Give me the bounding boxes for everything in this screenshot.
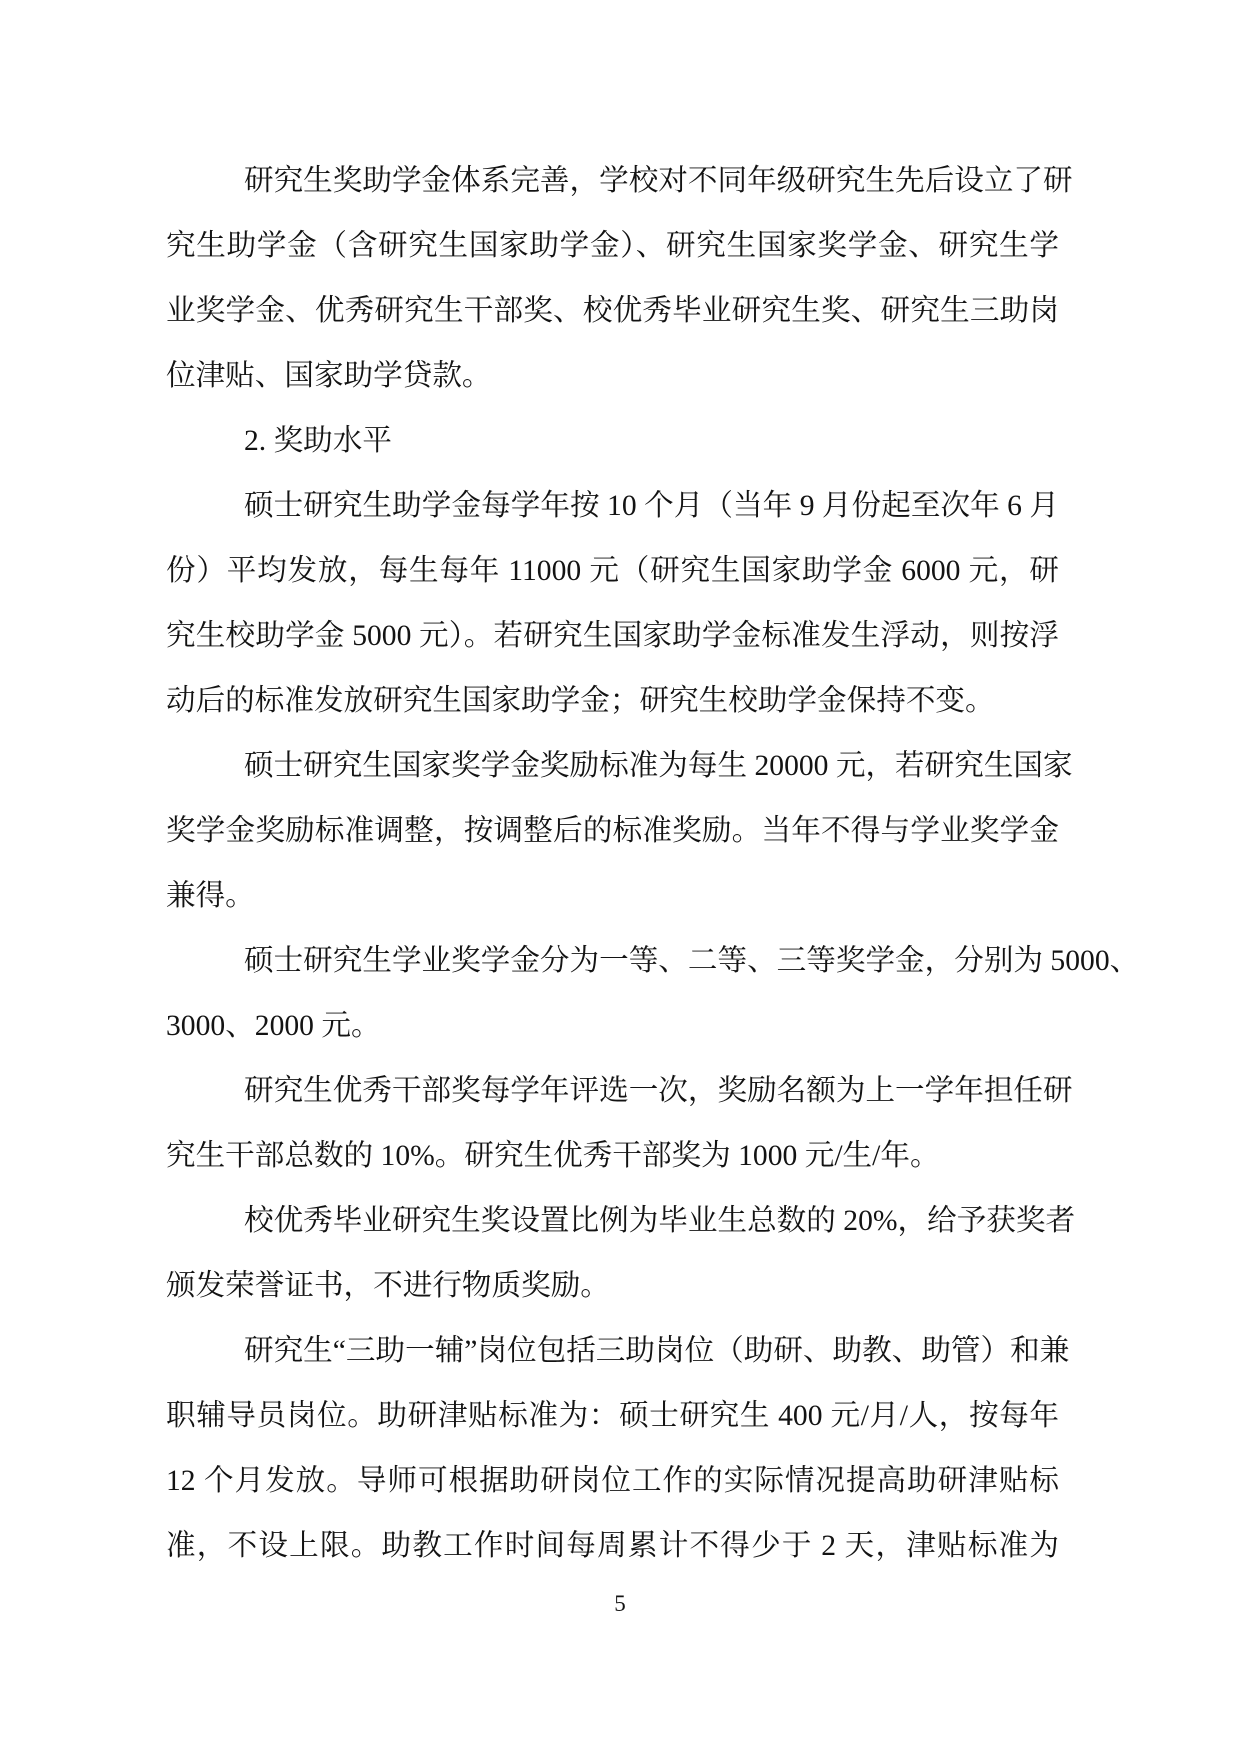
text-line: 研究生“三助一辅”岗位包括三助岗位（助研、助教、助管）和兼 — [166, 1319, 1059, 1384]
text-line: 硕士研究生国家奖学金奖励标准为每生 20000 元，若研究生国家 — [166, 734, 1059, 799]
paragraph: 校优秀毕业研究生奖设置比例为毕业生总数的 20%，给予获奖者颁发荣誉证书，不进行… — [166, 1189, 1059, 1319]
paragraph: 研究生优秀干部奖每学年评选一次，奖励名额为上一学年担任研究生干部总数的 10%。… — [166, 1059, 1059, 1189]
text-line: 位津贴、国家助学贷款。 — [166, 344, 1059, 409]
document-page: 研究生奖助学金体系完善，学校对不同年级研究生先后设立了研究生助学金（含研究生国家… — [0, 0, 1240, 1753]
text-line: 奖学金奖励标准调整，按调整后的标准奖励。当年不得与学业奖学金 — [166, 799, 1059, 864]
text-line: 兼得。 — [166, 864, 1059, 929]
paragraph: 研究生奖助学金体系完善，学校对不同年级研究生先后设立了研究生助学金（含研究生国家… — [166, 149, 1059, 409]
paragraph: 硕士研究生助学金每学年按 10 个月（当年 9 月份起至次年 6 月份）平均发放… — [166, 474, 1059, 734]
body-text: 研究生奖助学金体系完善，学校对不同年级研究生先后设立了研究生助学金（含研究生国家… — [166, 149, 1059, 1579]
text-line: 研究生奖助学金体系完善，学校对不同年级研究生先后设立了研 — [166, 149, 1059, 214]
text-line: 3000、2000 元。 — [166, 994, 1059, 1059]
paragraph: 硕士研究生国家奖学金奖励标准为每生 20000 元，若研究生国家奖学金奖励标准调… — [166, 734, 1059, 929]
text-line: 硕士研究生助学金每学年按 10 个月（当年 9 月份起至次年 6 月 — [166, 474, 1059, 539]
text-line: 究生校助学金 5000 元）。若研究生国家助学金标准发生浮动，则按浮 — [166, 604, 1059, 669]
text-line: 12 个月发放。导师可根据助研岗位工作的实际情况提高助研津贴标 — [166, 1449, 1059, 1514]
text-line: 究生助学金（含研究生国家助学金）、研究生国家奖学金、研究生学 — [166, 214, 1059, 279]
text-line: 动后的标准发放研究生国家助学金；研究生校助学金保持不变。 — [166, 669, 1059, 734]
text-line: 校优秀毕业研究生奖设置比例为毕业生总数的 20%，给予获奖者 — [166, 1189, 1059, 1254]
text-line: 份）平均发放，每生每年 11000 元（研究生国家助学金 6000 元，研 — [166, 539, 1059, 604]
text-line: 究生干部总数的 10%。研究生优秀干部奖为 1000 元/生/年。 — [166, 1124, 1059, 1189]
paragraph: 硕士研究生学业奖学金分为一等、二等、三等奖学金，分别为 5000、3000、20… — [166, 929, 1059, 1059]
page-number: 5 — [0, 1588, 1240, 1620]
text-line: 准，不设上限。助教工作时间每周累计不得少于 2 天，津贴标准为 — [166, 1514, 1059, 1579]
text-line: 业奖学金、优秀研究生干部奖、校优秀毕业研究生奖、研究生三助岗 — [166, 279, 1059, 344]
text-line: 职辅导员岗位。助研津贴标准为：硕士研究生 400 元/月/人，按每年 — [166, 1384, 1059, 1449]
text-line: 2. 奖助水平 — [166, 409, 1059, 474]
section-heading: 2. 奖助水平 — [166, 409, 1059, 474]
text-line: 颁发荣誉证书，不进行物质奖励。 — [166, 1254, 1059, 1319]
text-line: 研究生优秀干部奖每学年评选一次，奖励名额为上一学年担任研 — [166, 1059, 1059, 1124]
paragraph: 研究生“三助一辅”岗位包括三助岗位（助研、助教、助管）和兼职辅导员岗位。助研津贴… — [166, 1319, 1059, 1579]
text-line: 硕士研究生学业奖学金分为一等、二等、三等奖学金，分别为 5000、 — [166, 929, 1059, 994]
